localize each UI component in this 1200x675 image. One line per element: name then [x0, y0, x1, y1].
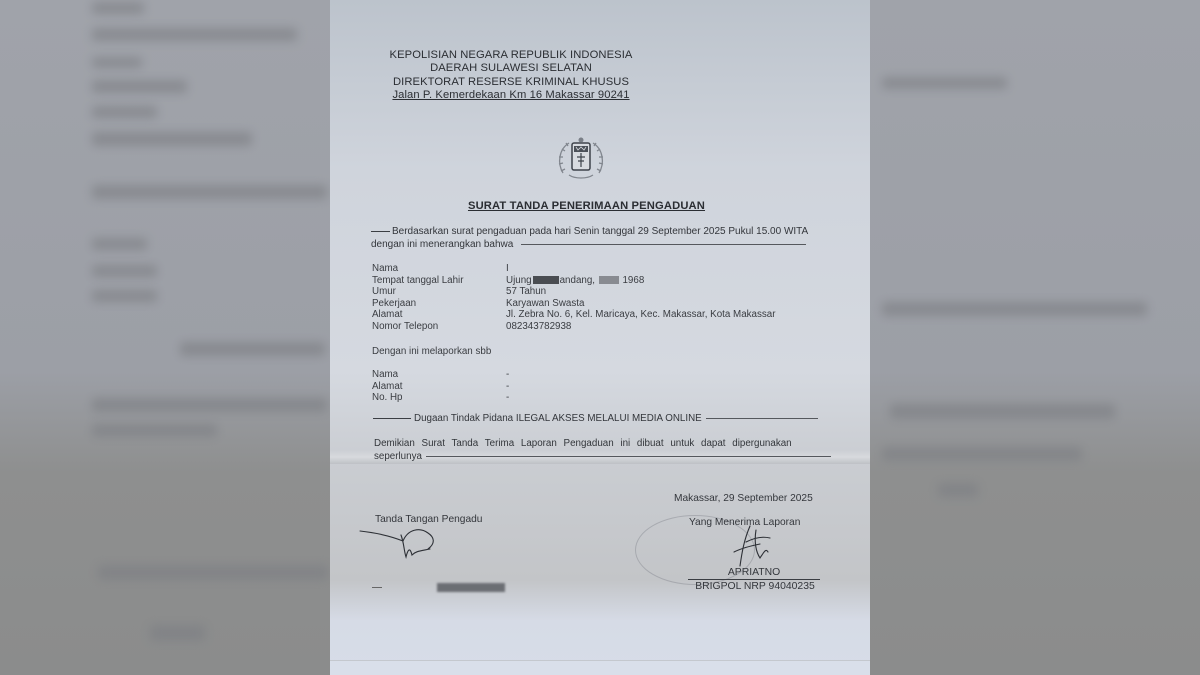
background-right-blur	[870, 0, 1200, 675]
field-label: Nomor Telepon	[372, 321, 506, 333]
receiver-signature-icon	[720, 522, 780, 570]
field-label: Pekerjaan	[372, 298, 506, 310]
complaint-receipt-letter: KEPOLISIAN NEGARA REPUBLIK INDONESIA DAE…	[330, 0, 870, 675]
intro-paragraph: Berdasarkan surat pengaduan pada hari Se…	[371, 225, 846, 251]
complainant-signature-label: Tanda Tangan Pengadu	[375, 514, 482, 525]
field-row-occupation: Pekerjaan Karyawan Swasta	[372, 298, 776, 310]
allegation-text: Dugaan Tindak Pidana ILEGAL AKSES MELALU…	[414, 413, 702, 424]
field-value: Karyawan Swasta	[506, 298, 584, 310]
field-value: 57 Tahun	[506, 286, 546, 298]
closing-line-1: Demikian Surat Tanda Terima Laporan Peng…	[374, 437, 848, 450]
closing-line-2: seperlunya	[374, 451, 422, 462]
field-label: Alamat	[372, 381, 506, 393]
background-left-blur	[0, 0, 330, 675]
field-value-name-redacted: I	[506, 263, 509, 275]
field-row-name: Nama I	[372, 263, 776, 275]
letterhead-address: Jalan P. Kemerdekaan Km 16 Makassar 9024…	[382, 89, 640, 102]
leading-dash	[373, 418, 411, 419]
letterhead-line-1: KEPOLISIAN NEGARA REPUBLIK INDONESIA	[382, 49, 640, 62]
reported-row-address: Alamat -	[372, 381, 509, 393]
complainant-details: Nama I Tempat tanggal Lahir Ujungandang,…	[372, 263, 776, 332]
receiver-name: APRIATNO	[688, 567, 820, 580]
field-value: Jl. Zebra No. 6, Kel. Maricaya, Kec. Mak…	[506, 309, 776, 321]
leading-dash	[371, 231, 390, 232]
reported-row-phone: No. Hp -	[372, 392, 509, 404]
reported-party-details: Nama - Alamat - No. Hp -	[372, 369, 509, 404]
police-emblem-icon	[555, 133, 607, 181]
letter-title: SURAT TANDA PENERIMAAN PENGADUAN	[330, 200, 870, 212]
field-row-birth: Tempat tanggal Lahir Ujungandang, 1968	[372, 275, 776, 287]
fill-line	[706, 418, 818, 419]
field-value: 082343782938	[506, 321, 571, 333]
complainant-name-dash	[372, 587, 382, 588]
complainant-name-redacted	[437, 583, 505, 592]
field-row-age: Umur 57 Tahun	[372, 286, 776, 298]
field-value-birth-redacted: Ujungandang, 1968	[506, 275, 644, 287]
letterhead: KEPOLISIAN NEGARA REPUBLIK INDONESIA DAE…	[382, 49, 640, 102]
closing-paragraph: Demikian Surat Tanda Terima Laporan Peng…	[374, 437, 848, 463]
intro-line-1: Berdasarkan surat pengaduan pada hari Se…	[392, 226, 808, 237]
place-date: Makassar, 29 September 2025	[674, 493, 813, 504]
fill-line	[521, 244, 806, 245]
field-label: Tempat tanggal Lahir	[372, 275, 506, 287]
complainant-signature-icon	[358, 525, 443, 563]
field-value: -	[506, 381, 509, 393]
letterhead-line-3: DIREKTORAT RESERSE KRIMINAL KHUSUS	[382, 76, 640, 89]
field-row-address: Alamat Jl. Zebra No. 6, Kel. Maricaya, K…	[372, 309, 776, 321]
letterhead-line-2: DAERAH SULAWESI SELATAN	[382, 62, 640, 75]
field-label: Nama	[372, 263, 506, 275]
reported-row-name: Nama -	[372, 369, 509, 381]
field-label: Nama	[372, 369, 506, 381]
receiver-rank-nrp: BRIGPOL NRP 94040235	[688, 581, 822, 592]
field-row-phone: Nomor Telepon 082343782938	[372, 321, 776, 333]
paper-bottom-edge	[330, 660, 870, 675]
field-value: -	[506, 369, 509, 381]
letter-title-text: SURAT TANDA PENERIMAAN PENGADUAN	[468, 200, 705, 212]
report-intro: Dengan ini melaporkan sbb	[372, 346, 491, 357]
field-label: Alamat	[372, 309, 506, 321]
field-value: -	[506, 392, 509, 404]
field-label: No. Hp	[372, 392, 506, 404]
fill-line	[426, 456, 831, 457]
field-label: Umur	[372, 286, 506, 298]
intro-line-2: dengan ini menerangkan bahwa	[371, 239, 513, 250]
allegation-line: Dugaan Tindak Pidana ILEGAL AKSES MELALU…	[373, 413, 848, 424]
